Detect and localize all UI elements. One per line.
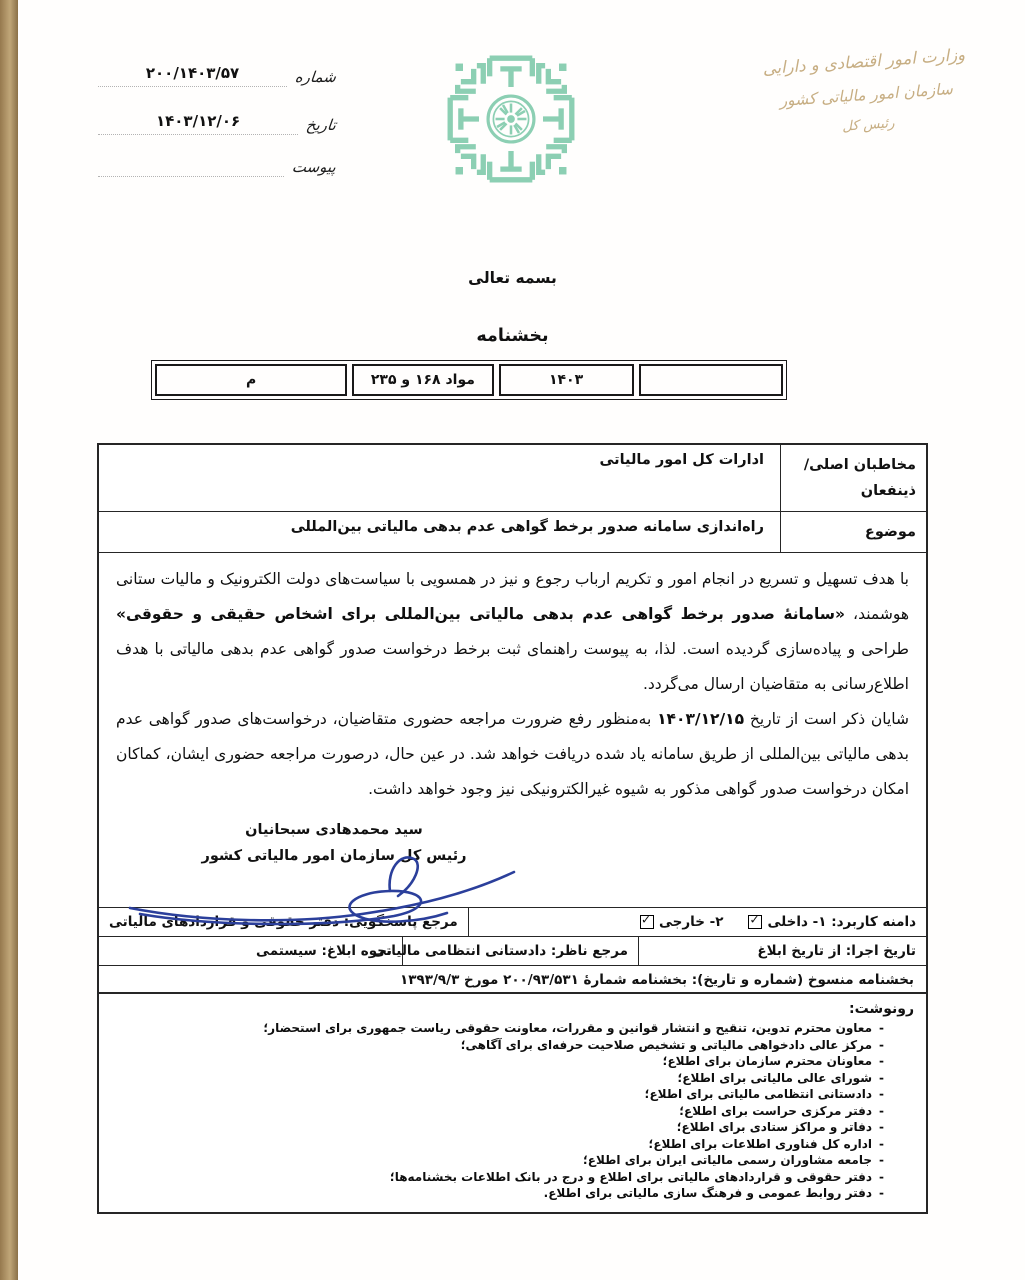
dash-bullet: - <box>879 1185 884 1202</box>
audience-label-line2: ذینفعان <box>861 483 916 499</box>
supervising-authority-cell: مرجع ناظر: دادستانی انتظامی مالیاتی <box>402 937 638 965</box>
document-table: مخاطبان اصلی/ ذینفعان ادارات کل امور مال… <box>97 443 928 996</box>
cc-item-text: دفتر حقوقی و قراردادهای مالیاتی برای اطل… <box>390 1169 872 1186</box>
letterhead-number-row: شماره ۲۰۰/۱۴۰۳/۵۷ <box>98 64 336 87</box>
scope-cell: دامنه کاربرد: ۱- داخلی ✓ ۲- خارجی ✓ <box>468 908 926 936</box>
number-label: شماره <box>294 68 337 87</box>
scan-edge-strip <box>0 0 18 1280</box>
letterhead-attachment-row: پیوست <box>98 154 336 177</box>
tax-organization-name: سازمان امور مالیاتی کشور <box>733 77 1000 114</box>
subject-label: موضوع <box>780 512 926 552</box>
paragraph-2: شایان ذکر است از تاریخ ۱۴۰۳/۱۲/۱۵ به‌منظ… <box>116 702 909 807</box>
dash-bullet: - <box>879 1136 884 1153</box>
document-type-title: بخشنامه <box>0 326 1025 346</box>
dash-bullet: - <box>879 1037 884 1054</box>
signatory-name: سید محمدهادی سبحانیان <box>174 818 494 843</box>
cc-item: -دفاتر و مراکز ستادی برای اطلاع؛ <box>111 1119 914 1136</box>
dash-bullet: - <box>879 1103 884 1120</box>
date-label: تاریخ <box>305 116 337 135</box>
cc-item-text: مرکز عالی دادخواهی مالیاتی و تشخیص صلاحی… <box>461 1037 872 1054</box>
number-value: ۲۰۰/۱۴۰۳/۵۷ <box>98 64 287 87</box>
date-value: ۱۴۰۳/۱۲/۰۶ <box>98 112 298 135</box>
classification-row: ۱۴۰۳ مواد ۱۶۸ و ۲۳۵ م <box>151 360 787 400</box>
cc-item-text: دادستانی انتظامی مالیاتی برای اطلاع؛ <box>645 1086 872 1103</box>
cc-item-text: دفتر مرکزی حراست برای اطلاع؛ <box>679 1103 872 1120</box>
execution-row: تاریخ اجرا: از تاریخ ابلاغ مرجع ناظر: دا… <box>99 936 926 965</box>
paragraph-1: با هدف تسهیل و تسریع در انجام امور و تکر… <box>116 562 909 702</box>
dash-bullet: - <box>879 1053 884 1070</box>
audience-value: ادارات کل امور مالیاتی <box>99 445 780 511</box>
attachment-label: پیوست <box>291 158 337 177</box>
cc-item-text: معاونان محترم سازمان برای اطلاع؛ <box>663 1053 872 1070</box>
cc-item: -دادستانی انتظامی مالیاتی برای اطلاع؛ <box>111 1086 914 1103</box>
subject-row: موضوع راه‌اندازی سامانه صدور برخط گواهی … <box>99 511 926 552</box>
checkmark-glyph: ✓ <box>749 914 759 926</box>
letterhead-date-row: تاریخ ۱۴۰۳/۱۲/۰۶ <box>98 112 336 135</box>
cc-item: -مرکز عالی دادخواهی مالیاتی و تشخیص صلاح… <box>111 1037 914 1054</box>
audience-label: مخاطبان اصلی/ ذینفعان <box>780 445 926 511</box>
dash-bullet: - <box>879 1152 884 1169</box>
cc-item: -شورای عالی مالیاتی برای اطلاع؛ <box>111 1070 914 1087</box>
body-row: با هدف تسهیل و تسریع در انجام امور و تکر… <box>99 552 926 907</box>
director-general-title: رئیس کل <box>735 108 1001 143</box>
cc-item: -معاونان محترم سازمان برای اطلاع؛ <box>111 1053 914 1070</box>
cc-item-text: دفتر روابط عمومی و فرهنگ سازی مالیاتی بر… <box>544 1185 872 1202</box>
notification-method-cell: نحوه ابلاغ: سیستمی <box>99 937 402 965</box>
p1-system-name: «سامانهٔ صدور برخط گواهی عدم بدهی مالیات… <box>116 605 845 623</box>
cc-item: -اداره کل فناوری اطلاعات برای اطلاع؛ <box>111 1136 914 1153</box>
checkbox-external-icon: ✓ <box>640 915 654 929</box>
cc-item: -دفتر روابط عمومی و فرهنگ سازی مالیاتی ب… <box>111 1185 914 1202</box>
scope-row: دامنه کاربرد: ۱- داخلی ✓ ۲- خارجی ✓ مرجع… <box>99 907 926 936</box>
cc-item-text: شورای عالی مالیاتی برای اطلاع؛ <box>678 1070 873 1087</box>
p2-effective-date: ۱۴۰۳/۱۲/۱۵ <box>657 710 744 728</box>
copies-box: رونوشت: -معاون محترم تدوین، تنقیح و انتش… <box>97 992 928 1214</box>
classification-category-cell: م <box>155 364 347 396</box>
audience-row: مخاطبان اصلی/ ذینفعان ادارات کل امور مال… <box>99 445 926 511</box>
checkmark-glyph: ✓ <box>641 914 651 926</box>
responding-authority-cell: مرجع پاسخگویی: دفتر حقوقی و قراردادهای م… <box>99 908 468 936</box>
dash-bullet: - <box>879 1020 884 1037</box>
organization-header: وزارت امور اقتصادی و دارایی سازمان امور … <box>730 43 1001 142</box>
classification-serial-cell <box>639 364 783 396</box>
repealed-circular-cell: بخشنامه منسوخ (شماره و تاریخ): بخشنامه ش… <box>99 966 926 994</box>
signature-block: سید محمدهادی سبحانیان رئیس کل سازمان امو… <box>174 818 494 869</box>
scope-option2-label: ۲- خارجی <box>659 914 724 930</box>
cc-item-text: جامعه مشاوران رسمی مالیاتی ایران برای اط… <box>583 1152 872 1169</box>
ministry-name: وزارت امور اقتصادی و دارایی <box>730 43 997 81</box>
checkbox-internal-icon: ✓ <box>748 915 762 929</box>
scope-label: دامنه کاربرد: ۱- داخلی <box>767 914 916 930</box>
cc-item-text: دفاتر و مراکز ستادی برای اطلاع؛ <box>677 1119 872 1136</box>
dash-bullet: - <box>879 1119 884 1136</box>
classification-year-cell: ۱۴۰۳ <box>499 364 634 396</box>
dash-bullet: - <box>879 1086 884 1103</box>
audience-label-line1: مخاطبان اصلی/ <box>804 457 916 473</box>
tax-administration-logo-icon <box>447 54 575 184</box>
signatory-title: رئیس کل سازمان امور مالیاتی کشور <box>174 844 494 869</box>
scanned-circular-document: شماره ۲۰۰/۱۴۰۳/۵۷ تاریخ ۱۴۰۳/۱۲/۰۶ پیوست <box>0 0 1025 1280</box>
repealed-row: بخشنامه منسوخ (شماره و تاریخ): بخشنامه ش… <box>99 965 926 994</box>
p2-regular: شایان ذکر است از تاریخ <box>744 710 909 728</box>
cc-item: -معاون محترم تدوین، تنقیح و انتشار قوانی… <box>111 1020 914 1037</box>
body-text: با هدف تسهیل و تسریع در انجام امور و تکر… <box>99 553 926 907</box>
dash-bullet: - <box>879 1070 884 1087</box>
subject-value: راه‌اندازی سامانه صدور برخط گواهی عدم بد… <box>99 512 780 552</box>
attachment-value <box>98 154 284 177</box>
cc-item: -دفتر حقوقی و قراردادهای مالیاتی برای اط… <box>111 1169 914 1186</box>
execution-date-cell: تاریخ اجرا: از تاریخ ابلاغ <box>638 937 926 965</box>
cc-item: -جامعه مشاوران رسمی مالیاتی ایران برای ا… <box>111 1152 914 1169</box>
cc-item-text: اداره کل فناوری اطلاعات برای اطلاع؛ <box>649 1136 872 1153</box>
cc-item-text: معاون محترم تدوین، تنقیح و انتشار قوانین… <box>263 1020 872 1037</box>
p1-regular-end: طراحی و پیاده‌سازی گردیده است. لذا، به پ… <box>116 640 909 693</box>
cc-item: -دفتر مرکزی حراست برای اطلاع؛ <box>111 1103 914 1120</box>
classification-articles-cell: مواد ۱۶۸ و ۲۳۵ <box>352 364 493 396</box>
basmala: بسمه تعالی <box>0 269 1025 287</box>
dash-bullet: - <box>879 1169 884 1186</box>
copies-title: رونوشت: <box>111 1001 914 1017</box>
